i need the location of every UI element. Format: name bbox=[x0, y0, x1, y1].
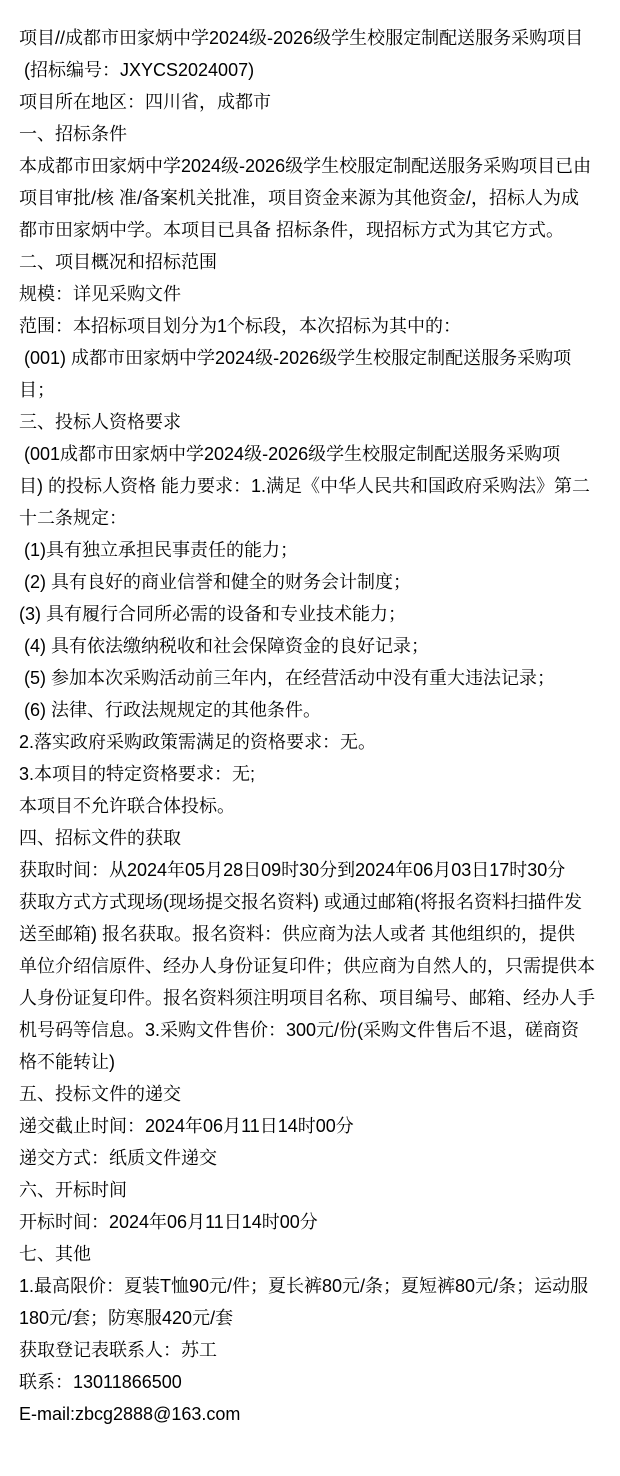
tender-number: (招标编号：JXYCS2024007) bbox=[19, 54, 606, 86]
obtain-time-text: 获取时间：从2024年05月28日09时30分到2024年06月03日17时30… bbox=[19, 854, 606, 886]
obtain-method-line-2: 送至邮箱) 报名获取。报名资料：供应商为法人或者 其他组织的，提供 bbox=[19, 918, 606, 950]
section-heading-3: 三、投标人资格要求 bbox=[19, 406, 606, 438]
obtain-method-line-5: 机号码等信息。3.采购文件售价：300元/份(采购文件售后不退，磋商资 bbox=[19, 1014, 606, 1046]
section-heading-5: 五、投标文件的递交 bbox=[19, 1078, 606, 1110]
section-1-text-line-2: 项目审批/核 准/备案机关批准，项目资金来源为其他资金/，招标人为成 bbox=[19, 182, 606, 214]
contact-phone-text: 联系：13011866500 bbox=[19, 1366, 606, 1398]
contact-person-text: 获取登记表联系人：苏工 bbox=[19, 1334, 606, 1366]
price-limit-line-1: 1.最高限价：夏装T恤90元/件；夏长裤80元/条；夏短裤80元/条；运动服 bbox=[19, 1270, 606, 1302]
section-heading-4: 四、招标文件的获取 bbox=[19, 822, 606, 854]
section-heading-7: 七、其他 bbox=[19, 1238, 606, 1270]
obtain-method-line-3: 单位介绍信原件、经办人身份证复印件；供应商为自然人的，只需提供本 bbox=[19, 950, 606, 982]
email-text: E-mail:zbcg2888@163.com bbox=[19, 1398, 606, 1430]
section-heading-2: 二、项目概况和招标范围 bbox=[19, 246, 606, 278]
submission-method-text: 递交方式：纸质文件递交 bbox=[19, 1142, 606, 1174]
qualification-item-4: (4) 具有依法缴纳税收和社会保障资金的良好记录； bbox=[19, 630, 606, 662]
consortium-text: 本项目不允许联合体投标。 bbox=[19, 790, 606, 822]
bid-opening-time-text: 开标时间：2024年06月11日14时00分 bbox=[19, 1206, 606, 1238]
scale-text: 规模：详见采购文件 bbox=[19, 278, 606, 310]
tender-announcement-document: 项目//成都市田家炳中学2024级-2026级学生校服定制配送服务采购项目 (招… bbox=[0, 0, 620, 1476]
qualification-item-6: (6) 法律、行政法规规定的其他条件。 bbox=[19, 694, 606, 726]
submission-deadline-text: 递交截止时间：2024年06月11日14时00分 bbox=[19, 1110, 606, 1142]
project-title: 项目//成都市田家炳中学2024级-2026级学生校服定制配送服务采购项目 bbox=[19, 22, 606, 54]
qualification-item-1: (1)具有独立承担民事责任的能力； bbox=[19, 534, 606, 566]
price-limit-line-2: 180元/套；防寒服420元/套 bbox=[19, 1302, 606, 1334]
policy-requirement-text: 2.落实政府采购政策需满足的资格要求：无。 bbox=[19, 726, 606, 758]
scope-text: 范围：本招标项目划分为1个标段，本次招标为其中的： bbox=[19, 310, 606, 342]
lot-text-line-1: (001) 成都市田家炳中学2024级-2026级学生校服定制配送服务采购项 bbox=[19, 342, 606, 374]
section-1-text-line-3: 都市田家炳中学。本项目已具备 招标条件，现招标方式为其它方式。 bbox=[19, 214, 606, 246]
qualification-item-2: (2) 具有良好的商业信誉和健全的财务会计制度； bbox=[19, 566, 606, 598]
section-heading-6: 六、开标时间 bbox=[19, 1174, 606, 1206]
project-region: 项目所在地区：四川省，成都市 bbox=[19, 86, 606, 118]
lot-text-line-2: 目； bbox=[19, 374, 606, 406]
qualification-item-3: (3) 具有履行合同所必需的设备和专业技术能力； bbox=[19, 598, 606, 630]
qualification-item-5: (5) 参加本次采购活动前三年内，在经营活动中没有重大违法记录； bbox=[19, 662, 606, 694]
section-heading-1: 一、招标条件 bbox=[19, 118, 606, 150]
qualification-text-line-3: 十二条规定： bbox=[19, 502, 606, 534]
obtain-method-line-6: 格不能转让) bbox=[19, 1046, 606, 1078]
specific-requirement-text: 3.本项目的特定资格要求：无; bbox=[19, 758, 606, 790]
qualification-text-line-1: (001成都市田家炳中学2024级-2026级学生校服定制配送服务采购项 bbox=[19, 438, 606, 470]
qualification-text-line-2: 目) 的投标人资格 能力要求：1.满足《中华人民共和国政府采购法》第二 bbox=[19, 470, 606, 502]
obtain-method-line-1: 获取方式方式现场(现场提交报名资料) 或通过邮箱(将报名资料扫描件发 bbox=[19, 886, 606, 918]
obtain-method-line-4: 人身份证复印件。报名资料须注明项目名称、项目编号、邮箱、经办人手 bbox=[19, 982, 606, 1014]
section-1-text-line-1: 本成都市田家炳中学2024级-2026级学生校服定制配送服务采购项目已由 bbox=[19, 150, 606, 182]
